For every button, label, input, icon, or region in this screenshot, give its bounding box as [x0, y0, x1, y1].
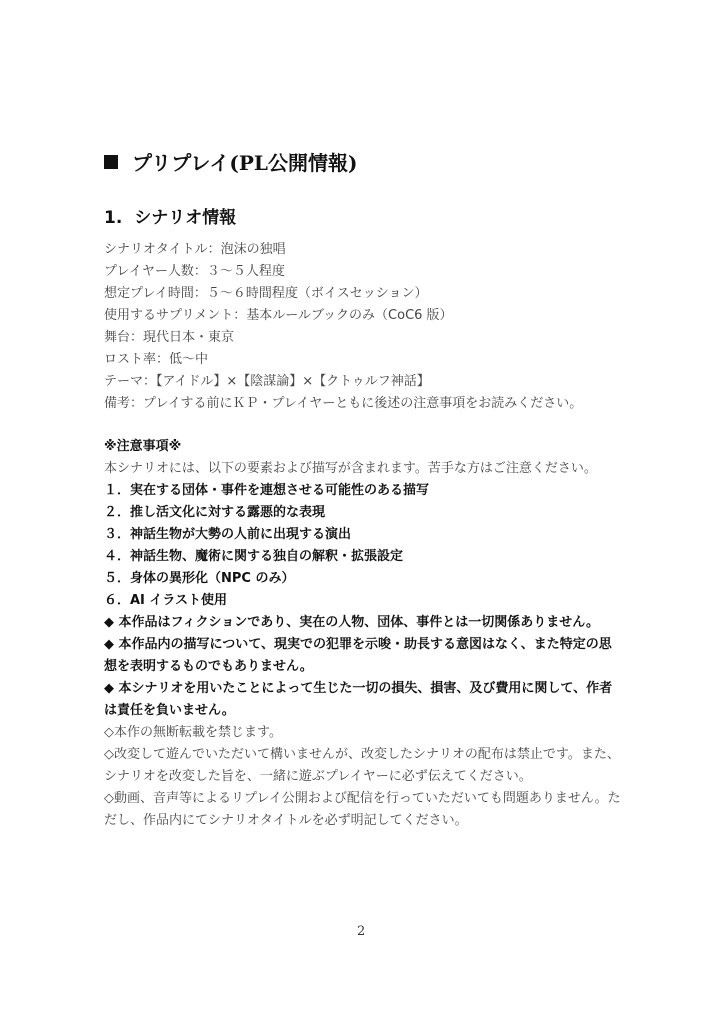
- info-remarks: 備考：プレイする前にＫＰ・プレイヤーともに後述の注意事項をお読みください。: [104, 396, 582, 412]
- note-item: ２．推し活文化に対する露悪的な表現: [104, 505, 325, 521]
- info-player-count: プレイヤー人数：３～５人程度: [104, 264, 285, 280]
- document-page: プリプレイ(PL公開情報) 1.シナリオ情報 シナリオタイトル：泡沫の独唱 プレ…: [0, 0, 724, 1024]
- square-bullet-icon: [104, 155, 118, 169]
- rule-line: だし、作品内にてシナリオタイトルを必ず明記してください。: [104, 813, 468, 829]
- section-heading: 1.シナリオ情報: [104, 203, 236, 228]
- rule-line: ◇改変して遊んでいただいて構いませんが、改変したシナリオの配布は禁止です。また、: [104, 747, 620, 763]
- info-supplement: 使用するサプリメント：基本ルールブックのみ（CoC6 版）: [104, 308, 453, 324]
- note-item: ４．神話生物、魔術に関する独自の解釈・拡張設定: [104, 549, 403, 565]
- rule-line: ◇動画、音声等によるリプレイ公開および配信を行っていただいても問題ありません。た: [104, 791, 621, 807]
- rule-line: ◇本作の無断転載を禁じます。: [104, 725, 282, 741]
- info-play-time: 想定プレイ時間：５～６時間程度（ボイスセッション）: [104, 286, 427, 302]
- info-setting: 舞台：現代日本・東京: [104, 330, 234, 346]
- note-item: ６．AI イラスト使用: [104, 593, 227, 609]
- note-item: ３．神話生物が大勢の人前に出現する演出: [104, 527, 351, 543]
- info-scenario-title: シナリオタイトル：泡沫の独唱: [104, 242, 286, 258]
- info-lost-rate: ロスト率：低～中: [104, 352, 208, 368]
- notes-title: ※注意事項※: [104, 439, 181, 455]
- notes-intro: 本シナリオには、以下の要素および描写が含まれます。苦手な方はご注意ください。: [104, 461, 597, 477]
- page-number: 2: [357, 924, 365, 939]
- disclaimer-line: ◆ 本作品内の描写について、現実での犯罪を示唆・助長する意図はなく、また特定の思: [104, 637, 612, 653]
- disclaimer-line: ◆ 本作品はフィクションであり、実在の人物、団体、事件とは一切関係ありません。: [104, 615, 599, 631]
- disclaimer-line: 想を表明するものでもありません。: [104, 659, 313, 675]
- info-theme: テーマ：【アイドル】×【陰謀論】×【クトゥルフ神話】: [104, 374, 430, 390]
- disclaimer-line: ◆ 本シナリオを用いたことによって生じた一切の損失、損害、及び費用に関して、作者: [104, 681, 612, 697]
- note-item: １．実在する団体・事件を連想させる可能性のある描写: [104, 483, 429, 499]
- page-heading: プリプレイ(PL公開情報): [104, 147, 357, 176]
- section-title: シナリオ情報: [134, 208, 236, 228]
- section-number: 1.: [104, 208, 122, 228]
- disclaimer-line: は責任を負いません。: [104, 703, 235, 719]
- heading-title: プリプレイ(PL公開情報): [132, 151, 357, 175]
- rule-line: シナリオを改変した旨を、一緒に遊ぶプレイヤーに必ず伝えてください。: [104, 769, 532, 785]
- note-item: ５．身体の異形化（NPC のみ）: [104, 571, 294, 587]
